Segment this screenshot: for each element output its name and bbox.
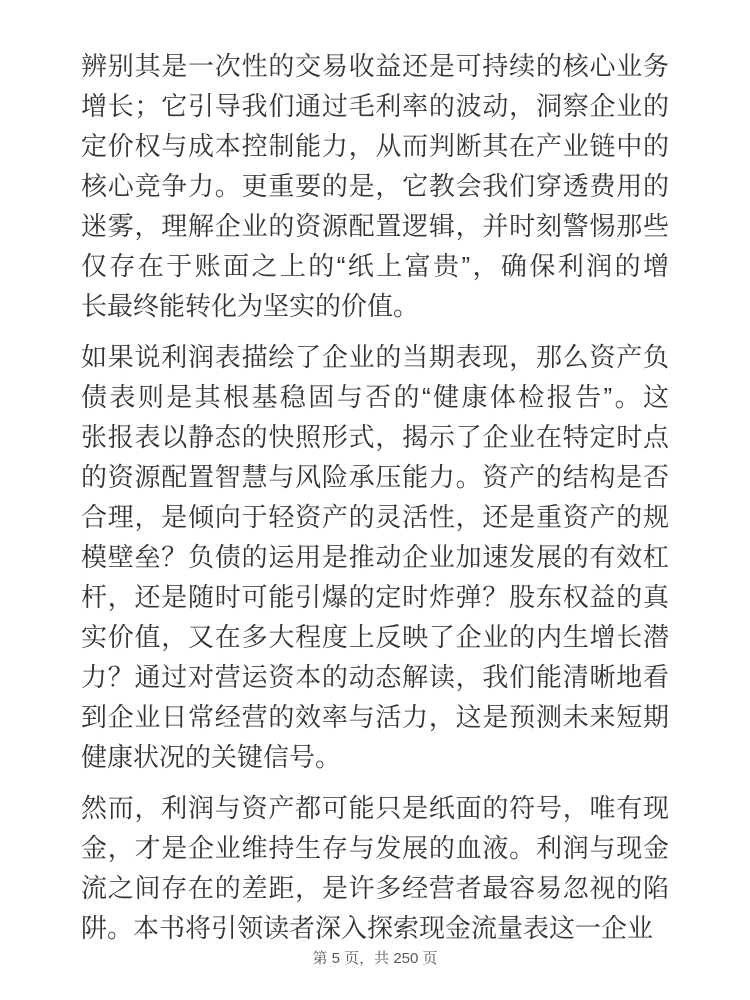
text-line: 合理，是倾向于轻资产的灵活性，还是重资产的规 (81, 497, 669, 537)
text-line: 核心竞争力。更重要的是，它教会我们穿透费用的 (81, 166, 669, 206)
text-line: 阱。本书将引领读者深入探索现金流量表这一企业 (81, 908, 669, 948)
text-line: 债表则是其根基稳固与否的“健康体检报告”。这 (81, 377, 669, 417)
text-line: 到企业日常经营的效率与活力，这是预测未来短期 (81, 697, 669, 737)
text-line: 金，才是企业维持生存与发展的血液。利润与现金 (81, 828, 669, 868)
text-line: 杆，还是随时可能引爆的定时炸弹？股东权益的真 (81, 577, 669, 617)
paragraph: 辨别其是一次性的交易收益还是可持续的核心业务增长；它引导我们通过毛利率的波动，洞… (81, 46, 669, 326)
paragraph: 如果说利润表描绘了企业的当期表现，那么资产负债表则是其根基稳固与否的“健康体检报… (81, 337, 669, 777)
page-indicator: 第 5 页，共 250 页 (312, 950, 437, 967)
text-line: 张报表以静态的快照形式，揭示了企业在特定时点 (81, 417, 669, 457)
text-line: 迷雾，理解企业的资源配置逻辑，并时刻警惕那些 (81, 206, 669, 246)
text-line: 如果说利润表描绘了企业的当期表现，那么资产负 (81, 337, 669, 377)
page-footer: 第 5 页，共 250 页 (0, 950, 750, 968)
text-line: 仅存在于账面之上的“纸上富贵”，确保利润的增 (81, 246, 669, 286)
text-line: 力？通过对营运资本的动态解读，我们能清晰地看 (81, 657, 669, 697)
text-line: 定价权与成本控制能力，从而判断其在产业链中的 (81, 126, 669, 166)
text-line: 辨别其是一次性的交易收益还是可持续的核心业务 (81, 46, 669, 86)
paragraph: 然而，利润与资产都可能只是纸面的符号，唯有现金，才是企业维持生存与发展的血液。利… (81, 788, 669, 948)
document-page: 辨别其是一次性的交易收益还是可持续的核心业务增长；它引导我们通过毛利率的波动，洞… (0, 0, 750, 1000)
text-line: 模壁垒？负债的运用是推动企业加速发展的有效杠 (81, 537, 669, 577)
text-line: 流之间存在的差距，是许多经营者最容易忽视的陷 (81, 868, 669, 908)
text-line: 实价值，又在多大程度上反映了企业的内生增长潜 (81, 617, 669, 657)
text-line: 健康状况的关键信号。 (81, 737, 669, 777)
text-line: 长最终能转化为坚实的价值。 (81, 286, 669, 326)
text-line: 的资源配置智慧与风险承压能力。资产的结构是否 (81, 457, 669, 497)
text-line: 增长；它引导我们通过毛利率的波动，洞察企业的 (81, 86, 669, 126)
text-line: 然而，利润与资产都可能只是纸面的符号，唯有现 (81, 788, 669, 828)
document-text: 辨别其是一次性的交易收益还是可持续的核心业务增长；它引导我们通过毛利率的波动，洞… (81, 46, 669, 948)
